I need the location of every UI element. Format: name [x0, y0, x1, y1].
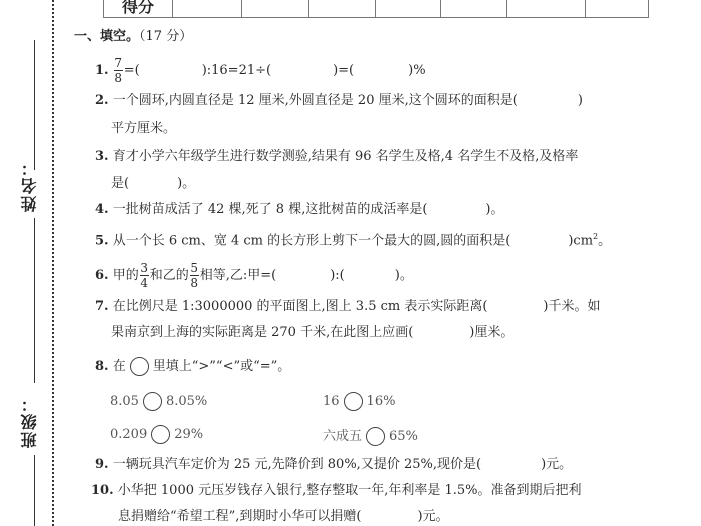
text: )。: [485, 202, 503, 217]
question-4: 4. 一批树苗成活了 42 棵,死了 8 棵,这批树苗的成活率是()。: [95, 201, 503, 219]
compare-right: 65%: [389, 429, 418, 444]
question-number: 6.: [95, 268, 109, 283]
text: 果南京到上海的实际距离是 270 千米,在此图上应画(: [111, 325, 413, 340]
compare-left: 六成五: [323, 429, 362, 444]
question-number: 2.: [95, 93, 109, 108]
fraction: 78: [114, 57, 123, 84]
text: )=(: [333, 63, 354, 78]
text: )元。: [418, 509, 449, 524]
text: )千米。如: [543, 299, 600, 314]
question-10-line2: 息捐赠给“希望工程”,到期时小华可以捐赠()元。: [118, 508, 449, 526]
compare-left: 0.209: [110, 427, 147, 442]
numerator: 7: [114, 57, 122, 69]
question-number: 7.: [95, 299, 109, 314]
comparison-item: 六成五65%: [323, 425, 418, 446]
compare-circle-input[interactable]: [151, 425, 170, 444]
comparison-item: 8.058.05%: [110, 392, 207, 411]
name-label: 姓名：: [18, 152, 42, 212]
text: )。: [177, 176, 195, 191]
question-number: 1.: [95, 63, 109, 78]
denominator: 8: [114, 72, 122, 84]
text: ):(: [330, 268, 345, 283]
question-7: 7. 在比例尺是 1:3000000 的平面图上,图上 3.5 cm 表示实际距…: [95, 298, 601, 316]
text: ): [578, 93, 583, 108]
text: 一批树苗成活了 42 棵,死了 8 棵,这批树苗的成活率是(: [113, 202, 428, 217]
fraction: 34: [140, 262, 149, 289]
question-7-line2: 果南京到上海的实际距离是 270 千米,在此图上应画()厘米。: [111, 324, 513, 342]
compare-circle-input[interactable]: [143, 392, 162, 411]
fraction: 58: [190, 262, 199, 289]
numerator: 3: [140, 262, 148, 274]
question-1: 1. 78=():16=21÷()=()%: [95, 57, 426, 84]
question-number: 8.: [95, 359, 109, 374]
text: 在比例尺是 1:3000000 的平面图上,图上 3.5 cm 表示实际距离(: [113, 299, 488, 314]
compare-circle-input[interactable]: [366, 427, 385, 446]
score-cell[interactable]: [376, 0, 441, 18]
compare-right: 16%: [367, 394, 396, 409]
score-cell[interactable]: [309, 0, 376, 18]
text: )cm: [568, 233, 593, 248]
text: 相等,乙:甲=(: [200, 268, 276, 283]
denominator: 4: [140, 277, 148, 289]
text: 育才小学六年级学生进行数学测验,结果有 96 名学生及格,4 名学生不及格,及格…: [113, 149, 579, 164]
score-cell[interactable]: [441, 0, 507, 18]
compare-circle-input[interactable]: [344, 392, 363, 411]
compare-right: 8.05%: [166, 394, 207, 409]
denominator: 8: [190, 277, 198, 289]
score-cell[interactable]: [242, 0, 309, 18]
circle-icon: [130, 357, 149, 376]
question-number: 10.: [91, 483, 114, 498]
text: 是(: [111, 176, 129, 191]
section-points: （17 分）: [139, 29, 192, 44]
text: )厘米。: [469, 325, 513, 340]
question-number: 3.: [95, 149, 109, 164]
text: )。: [395, 268, 413, 283]
text: )%: [408, 63, 425, 78]
text: 一辆玩具汽车定价为 25 元,先降价到 80%,又提价 25%,现价是(: [113, 457, 481, 472]
comparison-item: 1616%: [323, 392, 395, 411]
text: 甲的: [113, 268, 139, 283]
text: 里填上“>”“<”或“=”。: [153, 359, 291, 374]
question-3: 3. 育才小学六年级学生进行数学测验,结果有 96 名学生及格,4 名学生不及格…: [95, 148, 578, 166]
text: 。: [598, 233, 611, 248]
question-6: 6. 甲的34和乙的58相等,乙:甲=():()。: [95, 262, 413, 289]
question-2: 2. 一个圆环,内圆直径是 12 厘米,外圆直径是 20 厘米,这个圆环的面积是…: [95, 92, 583, 110]
score-table: 得分: [103, 0, 649, 18]
score-header-cell: 得分: [104, 0, 173, 18]
score-cell[interactable]: [173, 0, 242, 18]
extra-write-line: [34, 455, 35, 526]
text: =(: [124, 63, 140, 78]
score-cell[interactable]: [586, 0, 649, 18]
question-5: 5. 从一个长 6 cm、宽 4 cm 的长方形上剪下一个最大的圆,圆的面积是(…: [95, 228, 611, 250]
question-2-line2: 平方厘米。: [111, 120, 176, 138]
numerator: 5: [190, 262, 198, 274]
binding-dotted-line: [52, 0, 54, 526]
text: 从一个长 6 cm、宽 4 cm 的长方形上剪下一个最大的圆,圆的面积是(: [113, 233, 511, 248]
question-8: 8. 在里填上“>”“<”或“=”。: [95, 357, 290, 376]
compare-left: 8.05: [110, 394, 139, 409]
question-number: 9.: [95, 457, 109, 472]
section-title: 一、填空。（17 分）: [74, 25, 192, 44]
text: 息捐赠给“希望工程”,到期时小华可以捐赠(: [118, 509, 362, 524]
score-cell[interactable]: [507, 0, 586, 18]
text: 小华把 1000 元压岁钱存入银行,整存整取一年,年利率是 1.5%。准备到期后…: [118, 483, 582, 498]
class-write-line: [34, 218, 35, 383]
text: ):16=21÷(: [202, 63, 271, 78]
text: )元。: [541, 457, 572, 472]
question-9: 9. 一辆玩具汽车定价为 25 元,先降价到 80%,又提价 25%,现价是()…: [95, 456, 572, 474]
text: 和乙的: [150, 268, 189, 283]
class-label: 班级：: [18, 388, 42, 448]
compare-left: 16: [323, 394, 340, 409]
comparison-item: 0.20929%: [110, 425, 203, 444]
question-number: 4.: [95, 202, 109, 217]
compare-right: 29%: [174, 427, 203, 442]
text: 在: [113, 359, 126, 374]
question-number: 5.: [95, 233, 109, 248]
section-title-text: 一、填空。: [74, 29, 139, 44]
text: 一个圆环,内圆直径是 12 厘米,外圆直径是 20 厘米,这个圆环的面积是(: [113, 93, 518, 108]
name-write-line: [34, 40, 35, 170]
question-10: 10. 小华把 1000 元压岁钱存入银行,整存整取一年,年利率是 1.5%。准…: [91, 482, 582, 500]
question-3-line2: 是()。: [111, 175, 195, 193]
